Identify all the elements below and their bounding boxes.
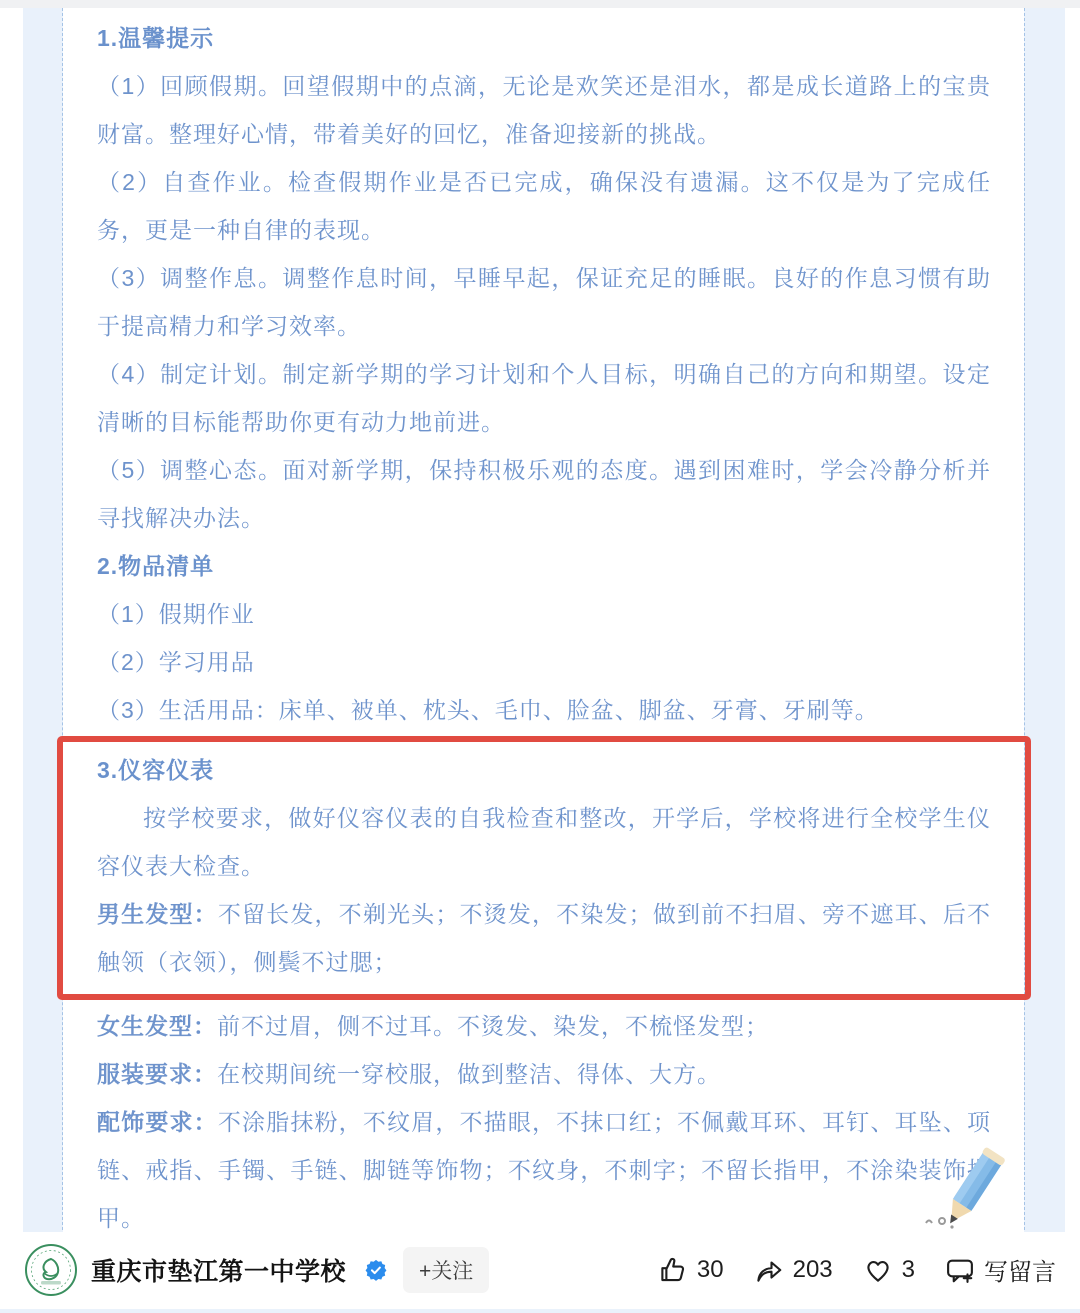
share-count: 203 (793, 1256, 833, 1284)
pencil-illustration (908, 1141, 1018, 1236)
heart-count: 3 (902, 1256, 915, 1284)
write-comment-button[interactable]: 写留言 (945, 1252, 1056, 1287)
rule-paragraph: 男生发型：不留长发，不剃光头；不烫发，不染发；做到前不扫眉、旁不遮耳、后不触领（… (97, 890, 991, 986)
article-content: 1.温馨提示 （1）回顾假期。回望假期中的点滴，无论是欢笑还是泪水，都是成长道路… (63, 8, 1025, 1240)
rule-text: 不留长发，不剃光头；不烫发，不染发；做到前不扫眉、旁不遮耳、后不触领（衣领），侧… (97, 901, 991, 975)
rule-label: 男生发型： (97, 901, 218, 927)
heart-icon (863, 1255, 893, 1285)
rule-text: 前不过眉，侧不过耳。不烫发、染发，不梳怪发型； (217, 1013, 769, 1039)
rule-paragraph: 配饰要求：不涂脂抹粉，不纹眉，不描眼，不抹口红；不佩戴耳环、耳钉、耳坠、项链、戒… (97, 1098, 991, 1240)
paragraph: （1）回顾假期。回望假期中的点滴，无论是欢笑还是泪水，都是成长道路上的宝贵财富。… (97, 62, 991, 158)
paragraph: （2）自查作业。检查假期作业是否已完成，确保没有遗漏。这不仅是为了完成任务，更是… (97, 158, 991, 254)
rule-text: 不涂脂抹粉，不纹眉，不描眼，不抹口红；不佩戴耳环、耳钉、耳坠、项链、戒指、手镯、… (97, 1109, 991, 1231)
list-item: （1）假期作业 (97, 590, 991, 638)
paragraph: （4）制定计划。制定新学期的学习计划和个人目标，明确自己的方向和期望。设定清晰的… (97, 350, 991, 446)
top-edge-strip (0, 0, 1080, 8)
rule-label: 服装要求： (97, 1061, 217, 1087)
rule-paragraph: 女生发型：前不过眉，侧不过耳。不烫发、染发，不梳怪发型； (97, 1002, 991, 1050)
heart-button[interactable]: 3 (863, 1255, 915, 1285)
share-arrow-icon (754, 1255, 784, 1285)
list-item: （3）生活用品：床单、被单、枕头、毛巾、脸盆、脚盆、牙膏、牙刷等。 (97, 686, 991, 734)
bottom-edge-strip (0, 1309, 1080, 1313)
school-seal-logo-icon (24, 1243, 78, 1297)
interaction-stats: 30 203 3 写留言 (658, 1252, 1056, 1287)
paragraph: 按学校要求，做好仪容仪表的自我检查和整改，开学后，学校将进行全校学生仪容仪表大检… (97, 794, 991, 890)
left-decor-strip (23, 8, 63, 1240)
section2-heading: 2.物品清单 (97, 542, 991, 590)
rule-label: 配饰要求： (97, 1109, 218, 1135)
account-name[interactable]: 重庆市垫江第一中学校 (91, 1252, 346, 1288)
article-body: 1.温馨提示 （1）回顾假期。回望假期中的点滴，无论是欢笑还是泪水，都是成长道路… (0, 8, 1080, 1240)
like-count: 30 (697, 1256, 724, 1284)
verified-badge-icon (365, 1259, 387, 1281)
account-footer-bar: 重庆市垫江第一中学校 +关注 30 203 3 (0, 1232, 1080, 1313)
account-link[interactable]: 重庆市垫江第一中学校 (24, 1243, 387, 1297)
thumbs-up-icon (658, 1255, 688, 1285)
share-button[interactable]: 203 (754, 1255, 833, 1285)
section3-heading: 3.仪容仪表 (97, 746, 991, 794)
write-comment-label: 写留言 (984, 1252, 1056, 1287)
like-button[interactable]: 30 (658, 1255, 724, 1285)
highlight-red-box: 3.仪容仪表 按学校要求，做好仪容仪表的自我检查和整改，开学后，学校将进行全校学… (57, 736, 1031, 1000)
rule-paragraph: 服装要求：在校期间统一穿校服，做到整洁、得体、大方。 (97, 1050, 991, 1098)
paragraph: （3）调整作息。调整作息时间，早睡早起，保证充足的睡眠。良好的作息习惯有助于提高… (97, 254, 991, 350)
follow-button[interactable]: +关注 (403, 1247, 489, 1293)
rule-text: 在校期间统一穿校服，做到整洁、得体、大方。 (217, 1061, 721, 1087)
right-decor-strip (1024, 8, 1065, 1240)
paragraph: （5）调整心态。面对新学期，保持积极乐观的态度。遇到困难时，学会冷静分析并寻找解… (97, 446, 991, 542)
rule-label: 女生发型： (97, 1013, 217, 1039)
list-item: （2）学习用品 (97, 638, 991, 686)
section1-heading: 1.温馨提示 (97, 14, 991, 62)
comment-plus-icon (945, 1255, 975, 1285)
